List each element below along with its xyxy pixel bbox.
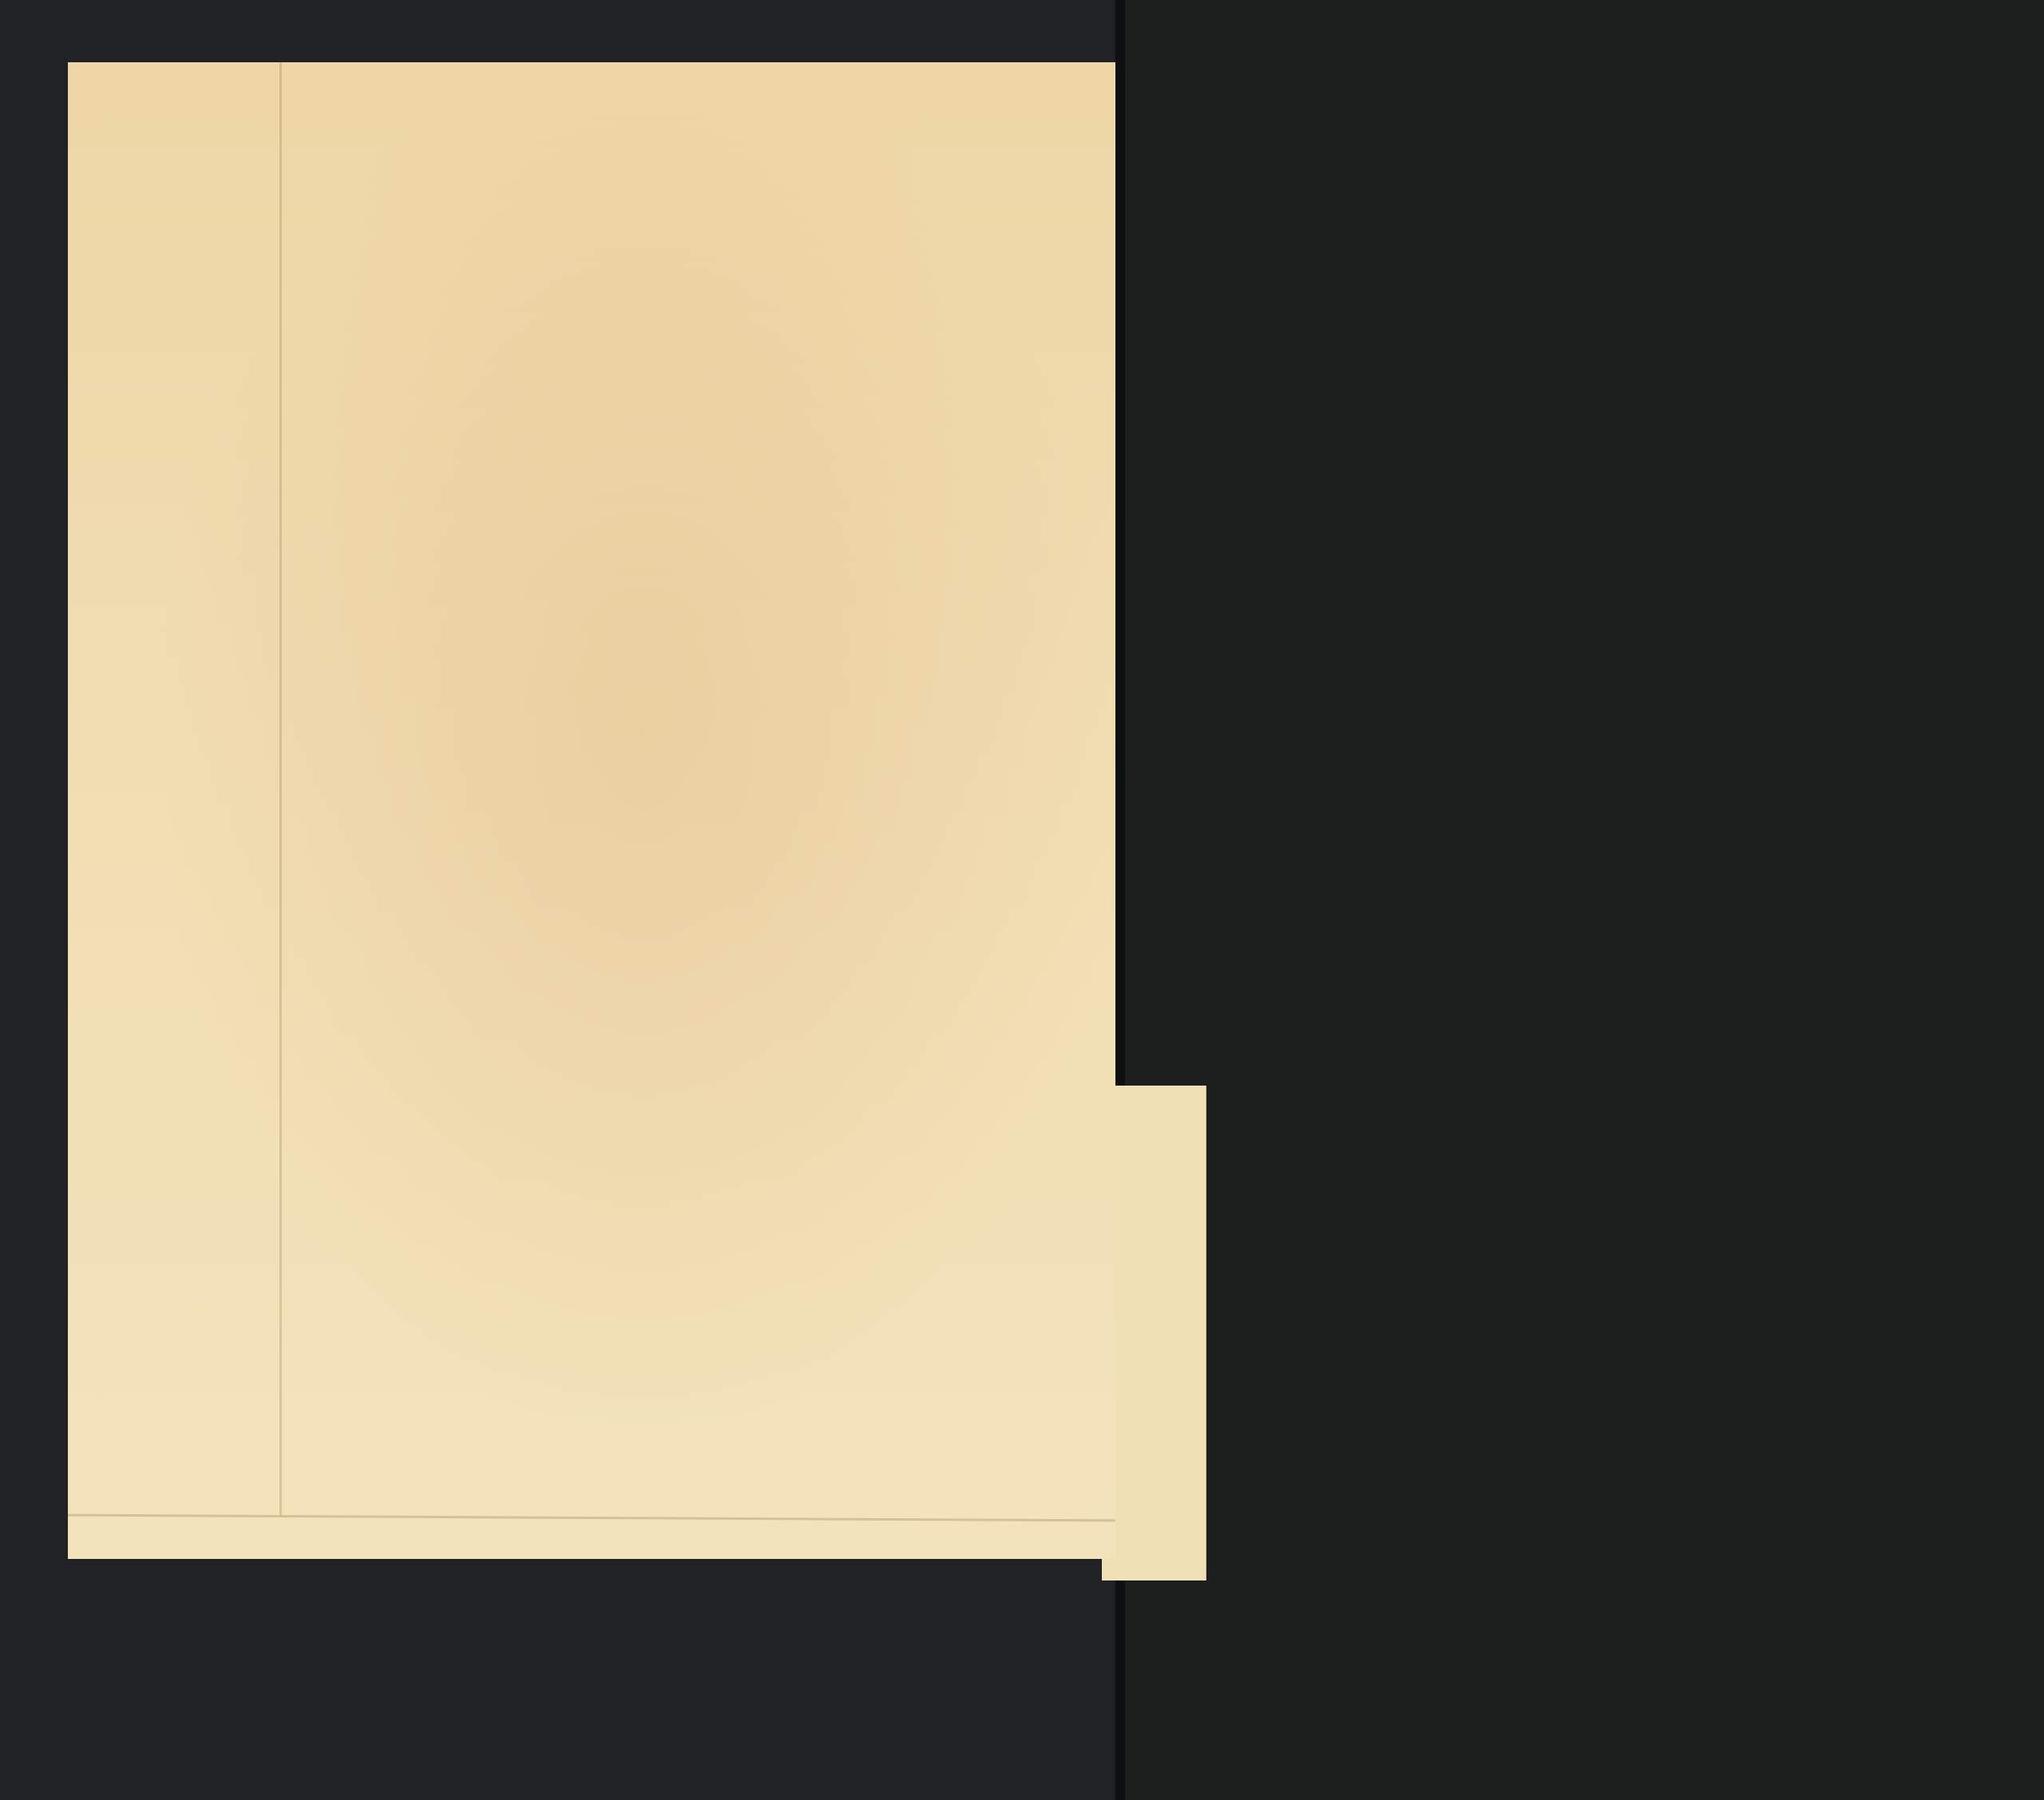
folded-paper-strip: [1102, 1086, 1206, 1580]
left-page-sheet: [68, 62, 1115, 1559]
vertical-fold-line: [279, 62, 282, 1515]
dark-background-right: [1114, 0, 2044, 1800]
